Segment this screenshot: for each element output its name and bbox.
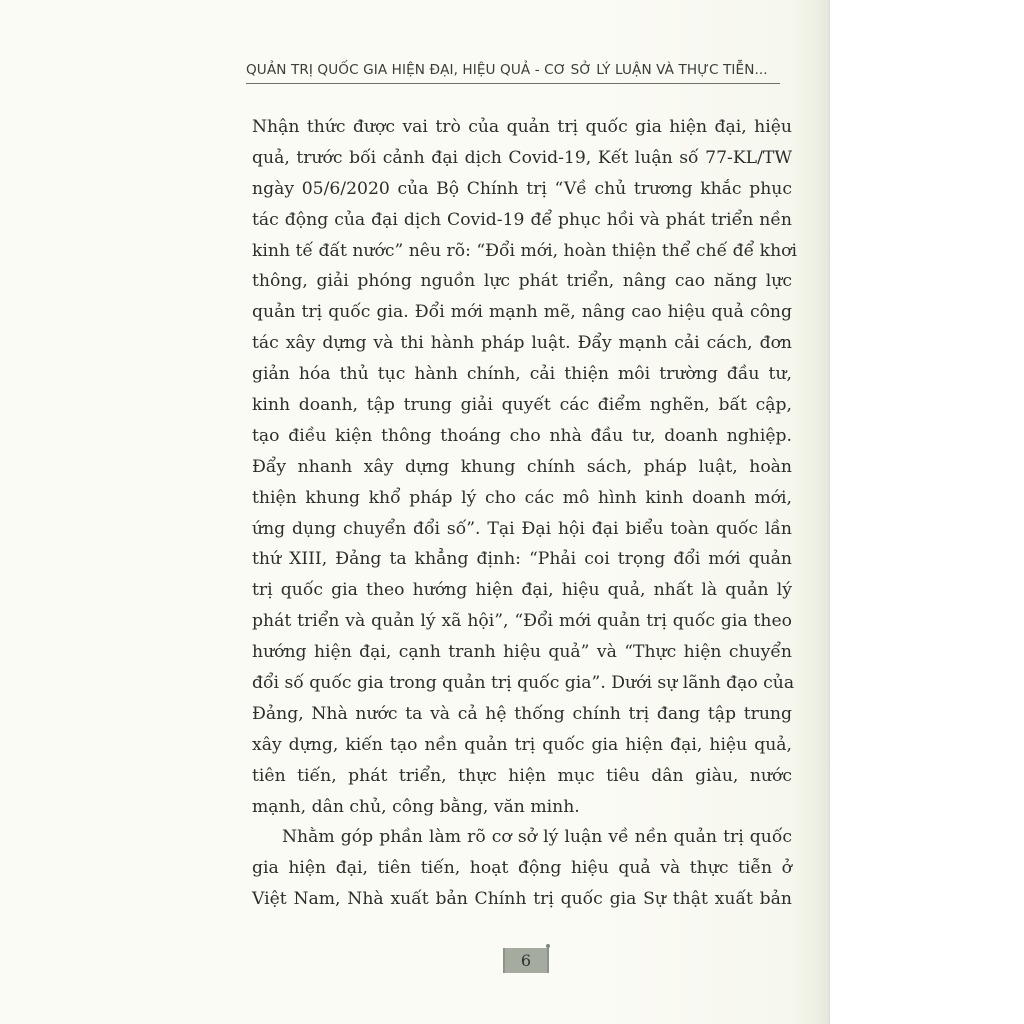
paragraph-2: Nhằm góp phần làm rõ cơ sở lý luận về nề… xyxy=(252,822,792,915)
text-line: quả, trước bối cảnh đại dịch Covid-19, K… xyxy=(252,143,792,174)
text-line: ngày 05/6/2020 của Bộ Chính trị “Về chủ … xyxy=(252,174,792,205)
text-line: giản hóa thủ tục hành chính, cải thiện m… xyxy=(252,359,792,390)
body-text: Nhận thức được vai trò của quản trị quốc… xyxy=(252,112,792,915)
header-divider xyxy=(246,83,780,84)
text-line: quản trị quốc gia. Đổi mới mạnh mẽ, nâng… xyxy=(252,297,792,328)
text-line: tác xây dựng và thi hành pháp luật. Đẩy … xyxy=(252,328,792,359)
text-line: Đẩy nhanh xây dựng khung chính sách, phá… xyxy=(252,452,792,483)
text-line: ứng dụng chuyển đổi số”. Tại Đại hội đại… xyxy=(252,514,792,545)
text-line: kinh tế đất nước” nêu rõ: “Đổi mới, hoàn… xyxy=(252,236,792,267)
paragraph-1: Nhận thức được vai trò của quản trị quốc… xyxy=(252,112,792,822)
text-line: Việt Nam, Nhà xuất bản Chính trị quốc gi… xyxy=(252,884,792,915)
page-number-tab: 6 xyxy=(503,948,549,973)
text-line: xây dựng, kiến tạo nền quản trị quốc gia… xyxy=(252,730,792,761)
text-line: kinh doanh, tập trung giải quyết các điể… xyxy=(252,390,792,421)
text-line: gia hiện đại, tiên tiến, hoạt động hiệu … xyxy=(252,853,792,884)
text-line: mạnh, dân chủ, công bằng, văn minh. xyxy=(252,792,792,823)
text-line: Nhận thức được vai trò của quản trị quốc… xyxy=(252,112,792,143)
text-line: thiện khung khổ pháp lý cho các mô hình … xyxy=(252,483,792,514)
text-line: hướng hiện đại, cạnh tranh hiệu quả” và … xyxy=(252,637,792,668)
text-line: Đảng, Nhà nước ta và cả hệ thống chính t… xyxy=(252,699,792,730)
text-line: thông, giải phóng nguồn lực phát triển, … xyxy=(252,266,792,297)
text-line: tác động của đại dịch Covid-19 để phục h… xyxy=(252,205,792,236)
text-line: thứ XIII, Đảng ta khẳng định: “Phải coi … xyxy=(252,544,792,575)
page-number: 6 xyxy=(505,948,547,973)
text-line: tiên tiến, phát triển, thực hiện mục tiê… xyxy=(252,761,792,792)
text-line: tạo điều kiện thông thoáng cho nhà đầu t… xyxy=(252,421,792,452)
text-line: Nhằm góp phần làm rõ cơ sở lý luận về nề… xyxy=(252,822,792,853)
text-line: trị quốc gia theo hướng hiện đại, hiệu q… xyxy=(252,575,792,606)
text-line: phát triển và quản lý xã hội”, “Đổi mới … xyxy=(252,606,792,637)
text-line: đổi số quốc gia trong quản trị quốc gia”… xyxy=(252,668,792,699)
book-page: QUẢN TRỊ QUỐC GIA HIỆN ĐẠI, HIỆU QUẢ - C… xyxy=(0,0,830,1024)
running-header-title: QUẢN TRỊ QUỐC GIA HIỆN ĐẠI, HIỆU QUẢ - C… xyxy=(246,62,786,78)
